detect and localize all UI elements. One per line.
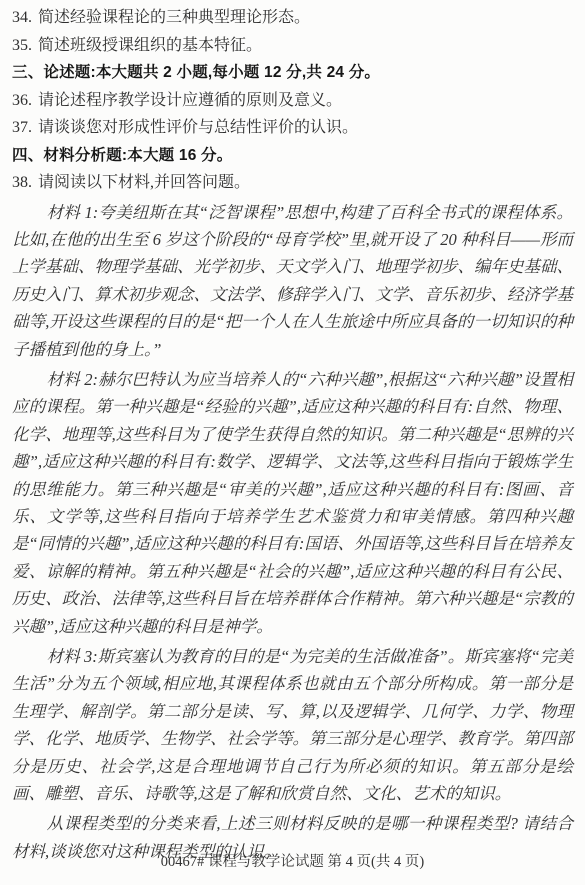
essay-section-header: 三、论述题:本大题共 2 小题,每小题 12 分,共 24 分。: [12, 59, 573, 87]
question-36-line: 36.请论述程序教学设计应遵循的原则及意义。: [12, 87, 573, 115]
question-38-text: 请阅读以下材料,并回答问题。: [38, 174, 250, 191]
material-paragraph-2: 材料 2:赫尔巴特认为应当培养人的“六种兴趣”,根据这“六种兴趣”设置相应的课程…: [12, 366, 573, 640]
question-37-number: 37.: [12, 119, 32, 136]
question-34-text: 简述经验课程论的三种典型理论形态。: [38, 9, 310, 26]
question-37-text: 请谈谈您对形成性评价与总结性评价的认识。: [38, 119, 358, 136]
material-paragraph-3: 材料 3:斯宾塞认为教育的目的是“为完美的生活做准备”。斯宾塞将“完美生活”分为…: [12, 643, 573, 807]
question-36-number: 36.: [12, 92, 32, 109]
materials-block: 材料 1:夸美纽斯在其“泛智课程”思想中,构建了百科全书式的课程体系。比如,在他…: [12, 199, 573, 866]
question-35-line: 35.简述班级授课组织的基本特征。: [12, 32, 573, 60]
page-footer: 00467# 课程与教学论试题 第 4 页(共 4 页): [0, 850, 585, 871]
question-38-number: 38.: [12, 174, 32, 191]
question-34-number: 34.: [12, 9, 32, 26]
question-35-text: 简述班级授课组织的基本特征。: [38, 37, 262, 54]
question-38-line: 38.请阅读以下材料,并回答问题。: [12, 169, 573, 197]
question-35-number: 35.: [12, 37, 32, 54]
question-37-line: 37.请谈谈您对形成性评价与总结性评价的认识。: [12, 114, 573, 142]
question-34-line: 34.简述经验课程论的三种典型理论形态。: [12, 4, 573, 32]
material-section-header: 四、材料分析题:本大题 16 分。: [12, 142, 573, 170]
exam-paper-page: 34.简述经验课程论的三种典型理论形态。 35.简述班级授课组织的基本特征。 三…: [0, 0, 585, 885]
material-paragraph-1: 材料 1:夸美纽斯在其“泛智课程”思想中,构建了百科全书式的课程体系。比如,在他…: [12, 199, 573, 363]
question-36-text: 请论述程序教学设计应遵循的原则及意义。: [38, 92, 342, 109]
